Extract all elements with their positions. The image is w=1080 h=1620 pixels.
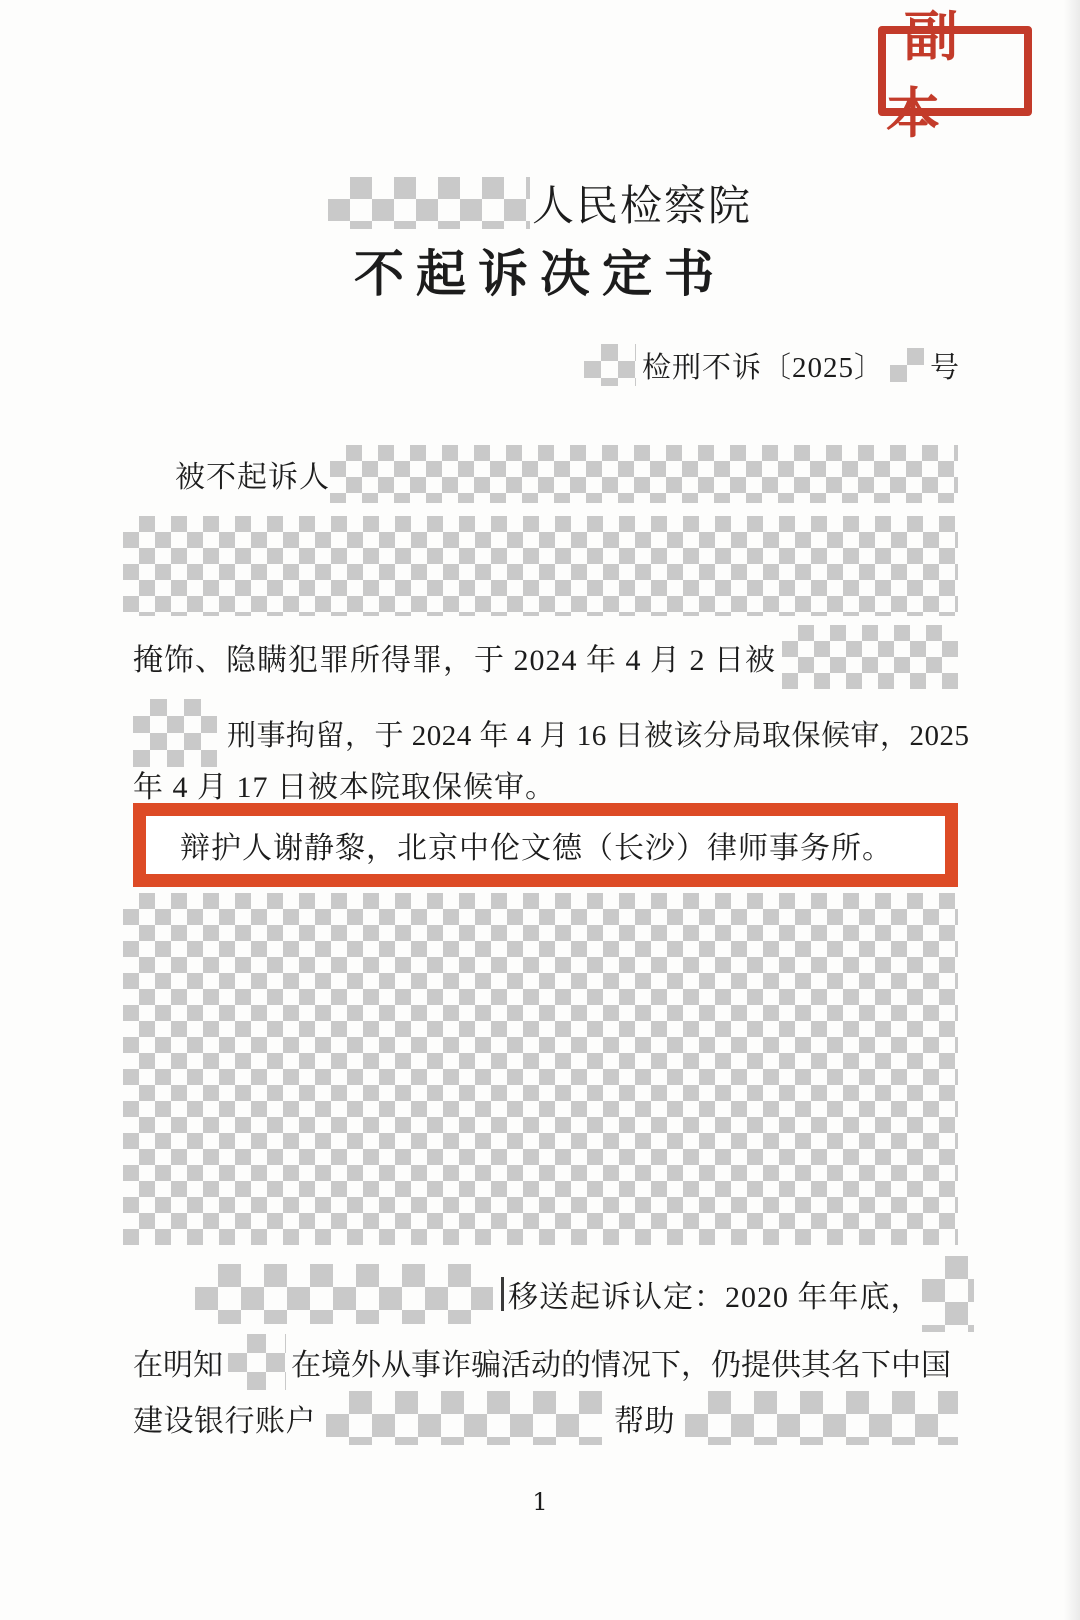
document-number-line: 检刑不诉〔2025〕 号 <box>578 342 960 388</box>
bank-middle: 帮助 <box>614 1396 675 1440</box>
header-org-line: 人民检察院 <box>0 176 1080 230</box>
defendant-label: 被不起诉人 <box>175 452 330 496</box>
defender-text: 辩护人谢静黎，北京中伦文德（长沙）律师事务所。 <box>180 823 893 867</box>
redaction-block-person-name <box>228 1334 286 1390</box>
partial-glyph-remnant <box>501 1277 504 1311</box>
knowing-prefix: 在明知 <box>133 1340 223 1384</box>
docno-suffix: 号 <box>930 345 960 386</box>
redaction-block-account-number <box>326 1391 602 1445</box>
defendant-line: 被不起诉人 <box>133 444 958 504</box>
redaction-block-defendant-name <box>330 445 958 503</box>
document-title: 不起诉决定书 <box>0 234 1080 306</box>
docno-text: 检刑不诉〔2025〕 <box>642 345 884 386</box>
bail-line: 年 4 月 17 日被本院取保候审。 <box>133 764 958 804</box>
redaction-block-docno-prefix <box>584 344 636 386</box>
detention-line: 刑事拘留，于 2024 年 4 月 16 日被该分局取保候审，2025 <box>133 700 958 766</box>
knowing-suffix: 在境外从事诈骗活动的情况下，仍提供其名下中国 <box>291 1340 951 1384</box>
redaction-block-org-name <box>328 177 530 229</box>
bank-line: 建设银行账户 帮助 <box>133 1390 958 1446</box>
crime-line: 掩饰、隐瞒犯罪所得罪，于 2024 年 4 月 2 日被 <box>133 624 958 690</box>
bank-prefix: 建设银行账户 <box>133 1396 316 1440</box>
knowing-line: 在明知 在境外从事诈骗活动的情况下，仍提供其名下中国 <box>133 1332 958 1392</box>
redaction-block-transfer-authority <box>195 1264 493 1324</box>
redaction-block-bureau <box>133 699 217 767</box>
org-name-suffix: 人民检察院 <box>532 173 752 233</box>
scanned-document-page: 副本 人民检察院 不起诉决定书 检刑不诉〔2025〕 号 被不起诉人 掩饰、隐瞒… <box>0 0 1080 1620</box>
redaction-block-beneficiary <box>685 1391 958 1445</box>
defender-highlight-box: 辩护人谢静黎，北京中伦文德（长沙）律师事务所。 <box>133 803 958 887</box>
transfer-text: 移送起诉认定：2020 年年底， <box>508 1272 922 1316</box>
copy-stamp: 副本 <box>878 26 1032 116</box>
page-number: 1 <box>0 1488 1080 1516</box>
redaction-block-name-fragment <box>922 1256 974 1332</box>
redaction-block-docno-serial <box>890 348 924 382</box>
transfer-line: 移送起诉认定：2020 年年底， <box>133 1256 958 1332</box>
redaction-block-case-narrative <box>123 893 958 1245</box>
crime-text: 掩饰、隐瞒犯罪所得罪，于 2024 年 4 月 2 日被 <box>133 635 776 679</box>
bail-text: 年 4 月 17 日被本院取保候审。 <box>133 762 556 806</box>
redaction-block-authority <box>782 625 958 689</box>
redaction-block-personal-details <box>123 516 958 616</box>
detention-text: 刑事拘留，于 2024 年 4 月 16 日被该分局取保候审，2025 <box>227 713 970 754</box>
copy-stamp-label: 副本 <box>886 0 1024 148</box>
